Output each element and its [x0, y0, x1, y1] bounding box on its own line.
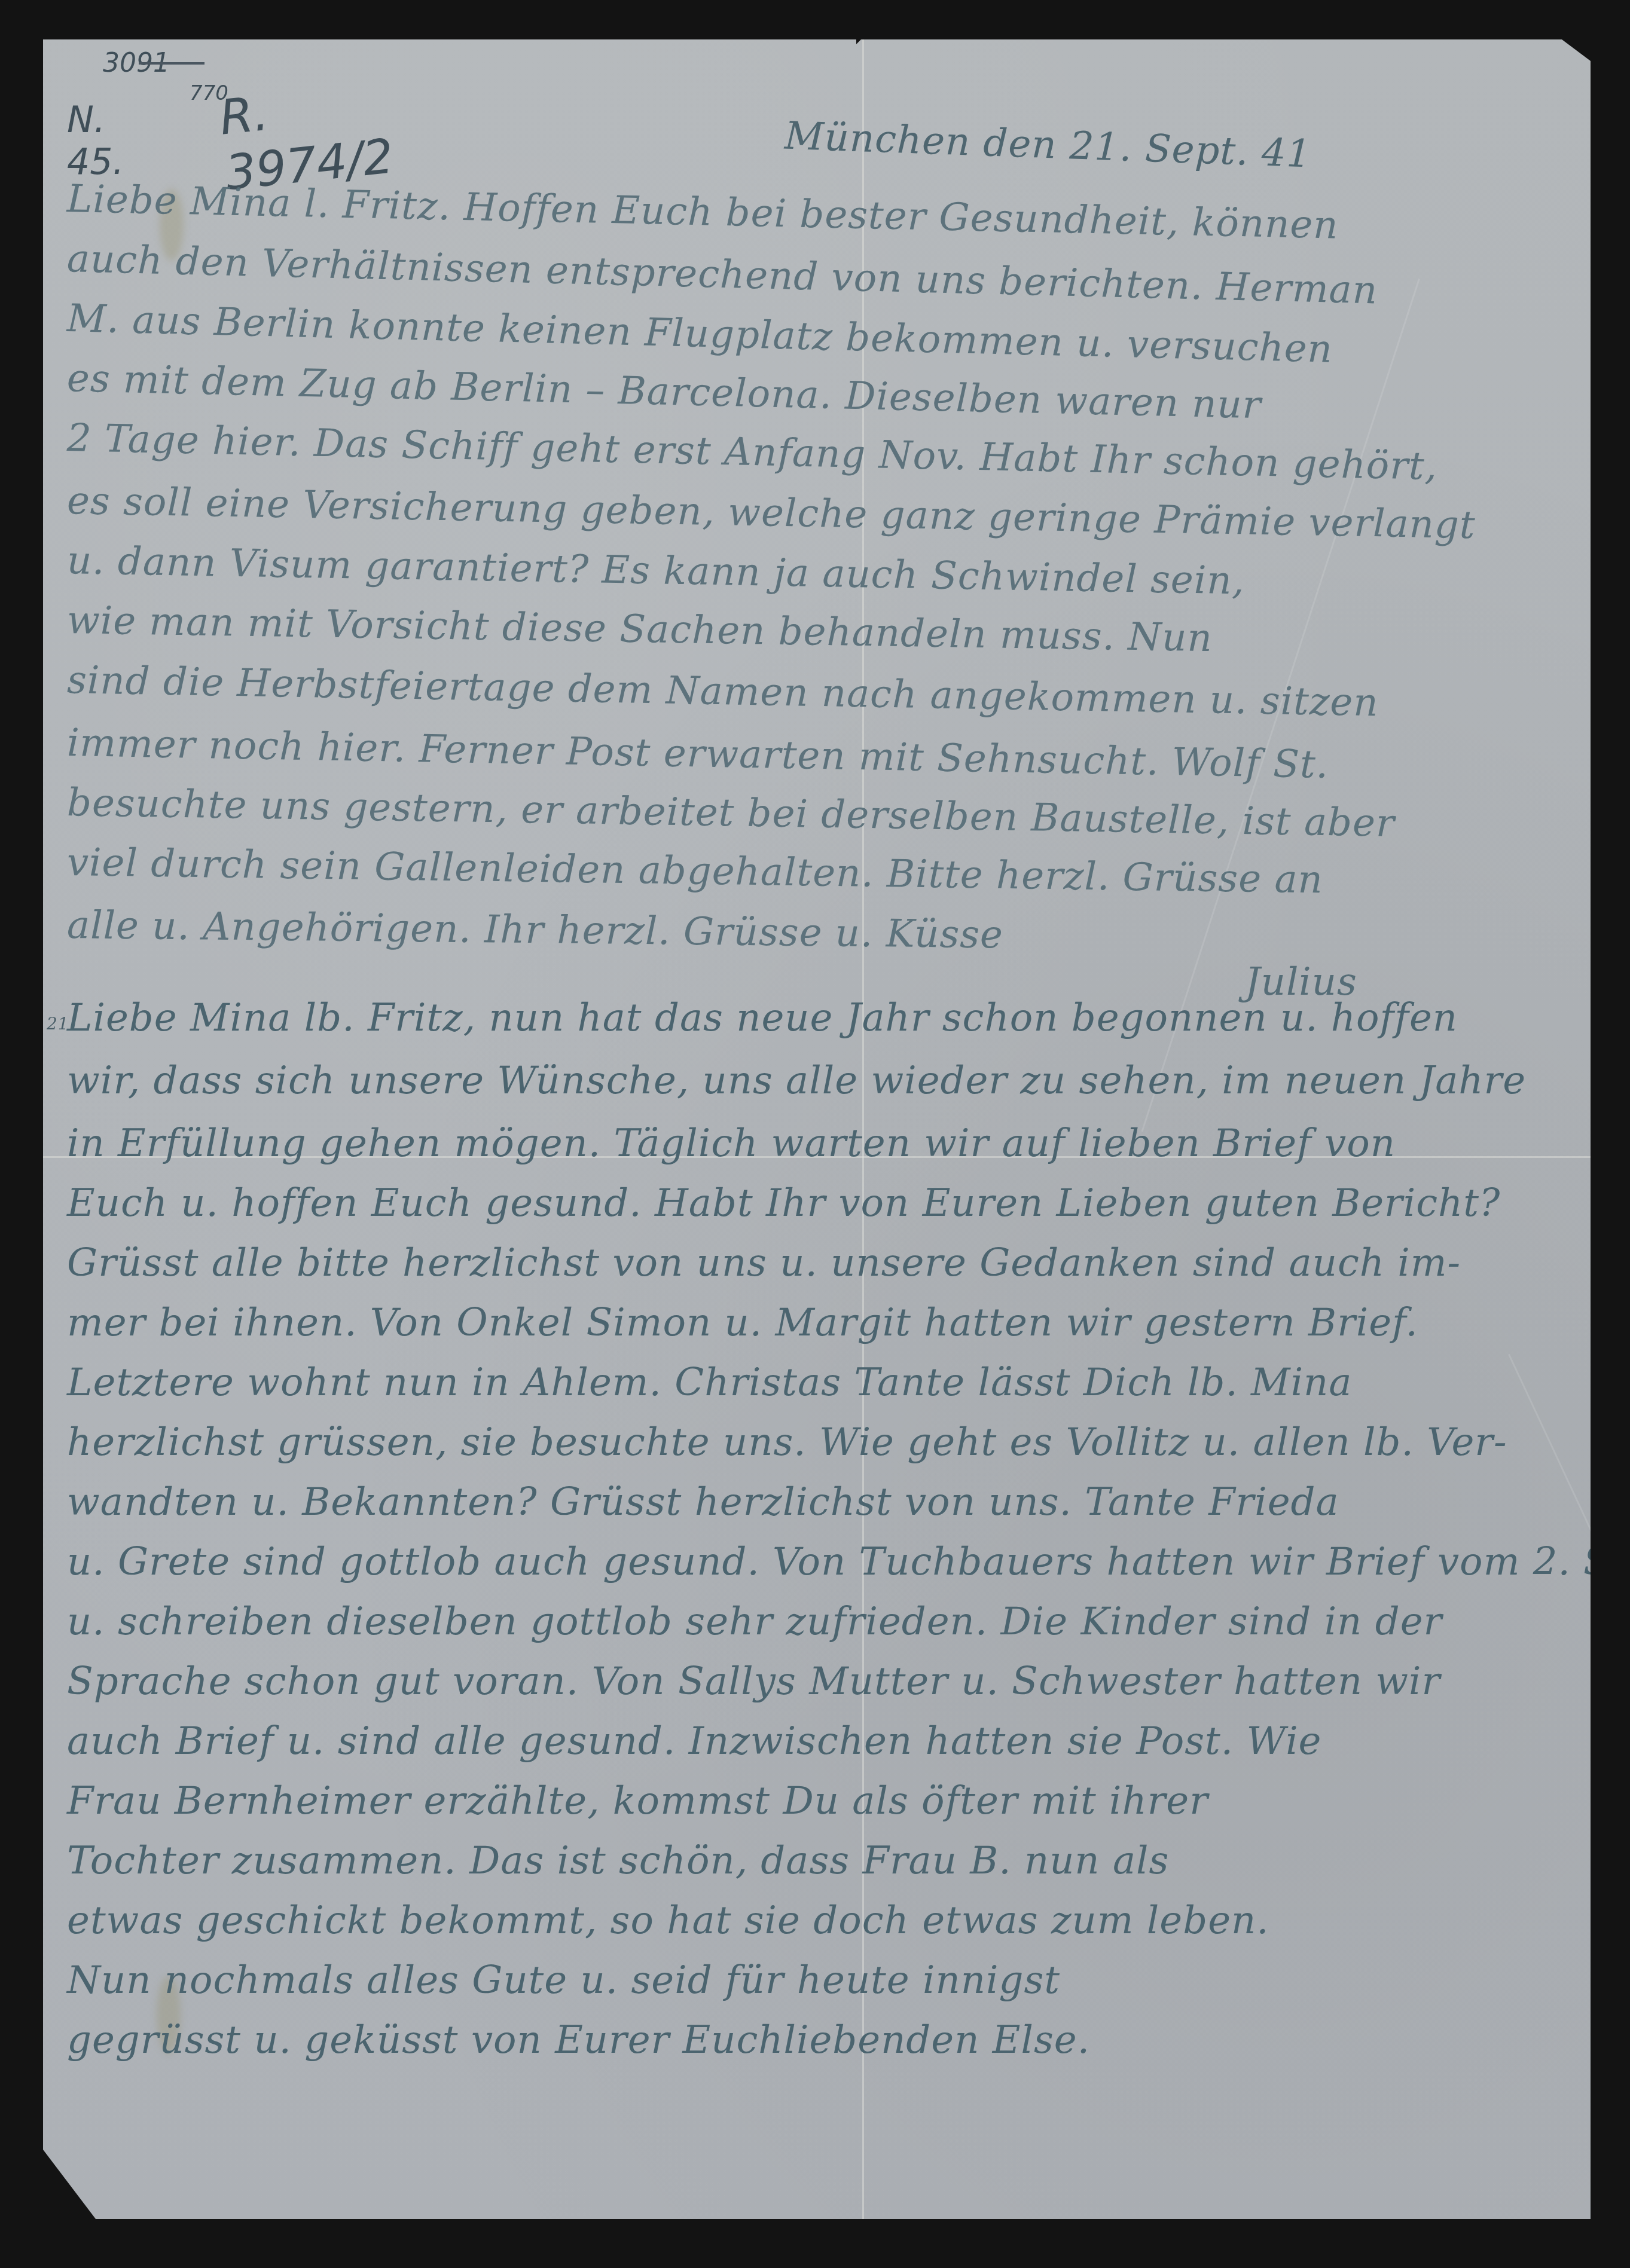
- letter-line: Tochter zusammen. Das ist schön, dass Fr…: [67, 1839, 1169, 1883]
- archive-reference-number: N. 45.: [67, 99, 124, 183]
- letter-line: Sprache schon gut voran. Von Sallys Mutt…: [67, 1659, 1440, 1704]
- letter-line: Liebe Mina lb. Fritz, nun hat das neue J…: [67, 996, 1458, 1040]
- letter-line: immer noch hier. Ferner Post erwarten mi…: [66, 721, 1329, 787]
- letter-line: alle u. Angehörigen. Ihr herzl. Grüsse u…: [67, 903, 1004, 957]
- letter-line: es soll eine Versicherung geben, welche …: [66, 479, 1476, 548]
- letter-line: wir, dass sich unsere Wünsche, uns alle …: [67, 1059, 1526, 1103]
- letter-line: viel durch sein Gallenleiden abgehalten.…: [66, 840, 1323, 902]
- letter-line: Letztere wohnt nun in Ahlem. Christas Ta…: [67, 1361, 1352, 1405]
- letter-line: sind die Herbstfeiertage dem Namen nach …: [66, 658, 1379, 725]
- letter-line: herzlichst grüssen, sie besuchte uns. Wi…: [67, 1420, 1507, 1465]
- letter-line: Liebe Mina l. Fritz. Hoffen Euch bei bes…: [66, 177, 1339, 248]
- letter-line: Frau Bernheimer erzählte, kommst Du als …: [67, 1779, 1208, 1823]
- letter-sheet: 3091 N. 45. 770 R. 3974/2 München den 21…: [43, 39, 1591, 2219]
- letter-line: auch Brief u. sind alle gesund. Inzwisch…: [67, 1719, 1321, 1763]
- archive-dash: [139, 62, 204, 65]
- letter-line: besuchte uns gestern, er arbeitet bei de…: [66, 781, 1395, 846]
- letter-line: Nun nochmals alles Gute u. seid für heut…: [67, 1958, 1060, 2003]
- letter-line: wandten u. Bekannten? Grüsst herzlichst …: [67, 1480, 1339, 1524]
- letter-line: u. schreiben dieselben gottlob sehr zufr…: [67, 1600, 1442, 1644]
- letter-line: in Erfüllung gehen mögen. Täglich warten…: [67, 1121, 1396, 1166]
- letter-line: es mit dem Zug ab Berlin – Barcelona. Di…: [66, 356, 1262, 427]
- letter-line: gegrüsst u. geküsst von Eurer Euchlieben…: [67, 2018, 1090, 2062]
- letter-line: 2 Tage hier. Das Schiff geht erst Anfang…: [66, 416, 1438, 489]
- letter-line: mer bei ihnen. Von Onkel Simon u. Margit…: [67, 1301, 1418, 1345]
- letter-line: etwas geschickt bekommt, so hat sie doch…: [67, 1899, 1269, 1943]
- letter-line: wie man mit Vorsicht diese Sachen behand…: [66, 598, 1213, 661]
- letter-line: Grüsst alle bitte herzlichst von uns u. …: [67, 1241, 1461, 1285]
- letter-line: Euch u. hoffen Euch gesund. Habt Ihr von…: [67, 1181, 1500, 1225]
- letter-line: u. dann Visum garantiert? Es kann ja auc…: [66, 539, 1245, 603]
- letter-line: u. Grete sind gottlob auch gesund. Von T…: [67, 1540, 1630, 1584]
